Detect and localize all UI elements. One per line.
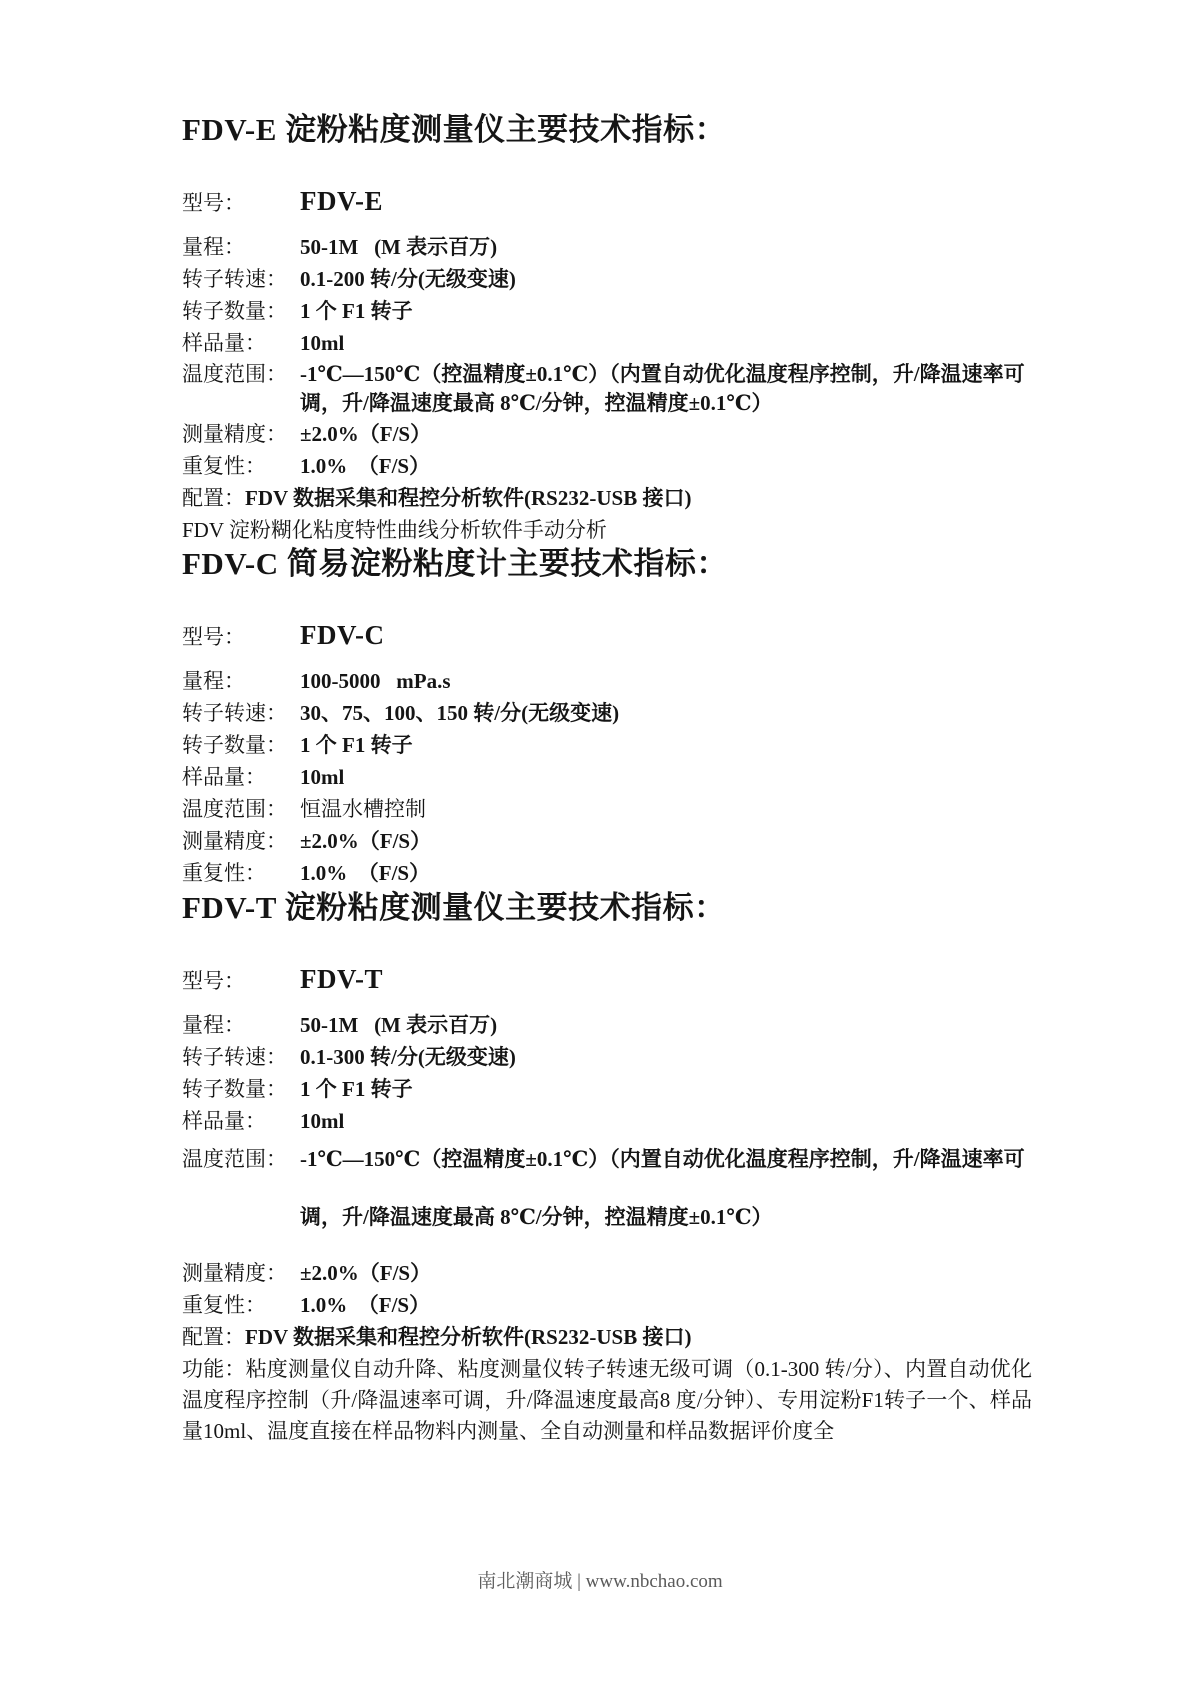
model-label: 型号：: [182, 186, 300, 220]
spec-row-rotor-speed: 转子转速： 30、75、100、150 转/分(无级变速): [182, 698, 1032, 729]
spec-value: ±2.0%（F/S）: [300, 826, 1032, 857]
spec-label: 重复性：: [182, 858, 300, 889]
spec-label: 重复性：: [182, 451, 300, 482]
spec-label: 样品量：: [182, 1106, 300, 1137]
document-content: FDV-E 淀粉粘度测量仪主要技术指标： 型号： FDV-E 量程： 50-1M…: [0, 0, 1200, 1447]
config-line: 配置：FDV 数据采集和程控分析软件(RS232-USB 接口): [182, 483, 1032, 514]
document-page: FDV-E 淀粉粘度测量仪主要技术指标： 型号： FDV-E 量程： 50-1M…: [0, 0, 1200, 1697]
spec-row-temperature-range: 温度范围： -1℃—150℃（控温精度±0.1℃）（内置自动优化温度程序控制，升…: [182, 1149, 1032, 1228]
spec-label: 转子转速：: [182, 264, 300, 295]
spec-value: 30、75、100、150 转/分(无级变速): [300, 698, 1032, 729]
spec-row-rotor-count: 转子数量： 1 个 F1 转子: [182, 296, 1032, 327]
spec-value: 1 个 F1 转子: [300, 730, 1032, 761]
config-label: 配置：: [182, 1325, 245, 1349]
config-value: FDV 数据采集和程控分析软件(RS232-USB 接口): [245, 1325, 691, 1349]
section-title-fdv-e: FDV-E 淀粉粘度测量仪主要技术指标：: [182, 112, 1032, 148]
config-line: 配置：FDV 数据采集和程控分析软件(RS232-USB 接口): [182, 1322, 1032, 1353]
spec-row-accuracy: 测量精度： ±2.0%（F/S）: [182, 826, 1032, 857]
model-row: 型号： FDV-E: [182, 184, 1032, 220]
section-title-fdv-t: FDV-T 淀粉粘度测量仪主要技术指标：: [182, 890, 1032, 926]
spec-label: 重复性：: [182, 1290, 300, 1321]
spec-value: 10ml: [300, 328, 1032, 359]
model-value: FDV-C: [300, 618, 1032, 652]
spec-row-accuracy: 测量精度： ±2.0%（F/S）: [182, 1258, 1032, 1289]
model-label: 型号：: [182, 620, 300, 654]
spec-row-repeatability: 重复性： 1.0% （F/S）: [182, 451, 1032, 482]
software-note: FDV 淀粉糊化粘度特性曲线分析软件手动分析: [182, 515, 1032, 546]
spec-list: 量程： 50-1M (M 表示百万) 转子转速： 0.1-200 转/分(无级变…: [182, 232, 1032, 482]
page-footer: 南北潮商城 | www.nbchao.com: [0, 1571, 1200, 1593]
spec-row-repeatability: 重复性： 1.0% （F/S）: [182, 858, 1032, 889]
temperature-line-2: 调，升/降温速度最高 8℃/分钟，控温精度±0.1℃）: [300, 1207, 1032, 1228]
spec-row-range: 量程： 100-5000 mPa.s: [182, 666, 1032, 697]
model-row: 型号： FDV-T: [182, 962, 1032, 998]
spec-row-range: 量程： 50-1M (M 表示百万): [182, 1010, 1032, 1041]
spec-row-sample-volume: 样品量： 10ml: [182, 328, 1032, 359]
spec-value: 1 个 F1 转子: [300, 296, 1032, 327]
spec-label: 样品量：: [182, 762, 300, 793]
model-value: FDV-E: [300, 184, 1032, 218]
section-title-fdv-c: FDV-C 简易淀粉粘度计主要技术指标：: [182, 546, 1032, 582]
spec-label: 量程：: [182, 232, 300, 263]
spec-row-rotor-speed: 转子转速： 0.1-200 转/分(无级变速): [182, 264, 1032, 295]
spec-value: 10ml: [300, 762, 1032, 793]
spec-list: 量程： 100-5000 mPa.s 转子转速： 30、75、100、150 转…: [182, 666, 1032, 889]
spec-value: 50-1M (M 表示百万): [300, 232, 1032, 263]
spec-row-accuracy: 测量精度： ±2.0%（F/S）: [182, 419, 1032, 450]
spec-row-sample-volume: 样品量： 10ml: [182, 1106, 1032, 1137]
spec-value: 恒温水槽控制: [300, 794, 1032, 825]
spec-value: -1℃—150℃（控温精度±0.1℃）（内置自动优化温度程序控制，升/降温速率可…: [300, 360, 1032, 418]
spec-list: 量程： 50-1M (M 表示百万) 转子转速： 0.1-300 转/分(无级变…: [182, 1010, 1032, 1137]
spec-label: 量程：: [182, 1010, 300, 1041]
section-fdv-t: FDV-T 淀粉粘度测量仪主要技术指标： 型号： FDV-T 量程： 50-1M…: [182, 890, 1032, 1447]
config-label: 配置：: [182, 486, 245, 510]
spec-label: 转子转速：: [182, 1042, 300, 1073]
spec-value: 1.0% （F/S）: [300, 1290, 1032, 1321]
spec-value: 0.1-200 转/分(无级变速): [300, 264, 1032, 295]
spec-label: 测量精度：: [182, 419, 300, 450]
features-paragraph: 功能：粘度测量仪自动升降、粘度测量仪转子转速无级可调（0.1-300 转/分）、…: [182, 1354, 1032, 1447]
spec-label: 测量精度：: [182, 826, 300, 857]
spec-label: 转子数量：: [182, 296, 300, 327]
spec-value: 10ml: [300, 1106, 1032, 1137]
spec-value: 50-1M (M 表示百万): [300, 1010, 1032, 1041]
section-fdv-c: FDV-C 简易淀粉粘度计主要技术指标： 型号： FDV-C 量程： 100-5…: [182, 546, 1032, 889]
temperature-value: -1℃—150℃（控温精度±0.1℃）（内置自动优化温度程序控制，升/降温速率可…: [300, 1149, 1032, 1228]
spec-row-temperature-range: 温度范围： -1℃—150℃（控温精度±0.1℃）（内置自动优化温度程序控制，升…: [182, 360, 1032, 418]
spec-label: 温度范围：: [182, 1149, 300, 1228]
features-label: 功能：: [182, 1357, 246, 1381]
spec-value: ±2.0%（F/S）: [300, 1258, 1032, 1289]
spec-label: 转子数量：: [182, 730, 300, 761]
features-value: 粘度测量仪自动升降、粘度测量仪转子转速无级可调（0.1-300 转/分）、内置自…: [182, 1357, 1032, 1443]
spec-label: 样品量：: [182, 328, 300, 359]
section-fdv-e: FDV-E 淀粉粘度测量仪主要技术指标： 型号： FDV-E 量程： 50-1M…: [182, 112, 1032, 546]
spec-row-rotor-speed: 转子转速： 0.1-300 转/分(无级变速): [182, 1042, 1032, 1073]
spec-label: 量程：: [182, 666, 300, 697]
spec-value: 1 个 F1 转子: [300, 1074, 1032, 1105]
spec-row-temperature-range: 温度范围： 恒温水槽控制: [182, 794, 1032, 825]
model-value: FDV-T: [300, 962, 1032, 996]
spec-value: 1.0% （F/S）: [300, 451, 1032, 482]
model-label: 型号：: [182, 964, 300, 998]
spec-row-range: 量程： 50-1M (M 表示百万): [182, 232, 1032, 263]
config-value: FDV 数据采集和程控分析软件(RS232-USB 接口): [245, 486, 691, 510]
spec-value: 0.1-300 转/分(无级变速): [300, 1042, 1032, 1073]
spec-label: 温度范围：: [182, 360, 300, 418]
spec-value: ±2.0%（F/S）: [300, 419, 1032, 450]
spec-label: 测量精度：: [182, 1258, 300, 1289]
spec-label: 转子数量：: [182, 1074, 300, 1105]
temperature-line-1: -1℃—150℃（控温精度±0.1℃）（内置自动优化温度程序控制，升/降温速率可: [300, 1149, 1032, 1170]
spec-label: 温度范围：: [182, 794, 300, 825]
spec-label: 转子转速：: [182, 698, 300, 729]
spec-row-rotor-count: 转子数量： 1 个 F1 转子: [182, 1074, 1032, 1105]
spec-row-rotor-count: 转子数量： 1 个 F1 转子: [182, 730, 1032, 761]
spec-list-2: 测量精度： ±2.0%（F/S） 重复性： 1.0% （F/S）: [182, 1258, 1032, 1321]
spec-row-repeatability: 重复性： 1.0% （F/S）: [182, 1290, 1032, 1321]
spec-row-sample-volume: 样品量： 10ml: [182, 762, 1032, 793]
spec-value: 100-5000 mPa.s: [300, 666, 1032, 697]
model-row: 型号： FDV-C: [182, 618, 1032, 654]
spec-value: 1.0% （F/S）: [300, 858, 1032, 889]
